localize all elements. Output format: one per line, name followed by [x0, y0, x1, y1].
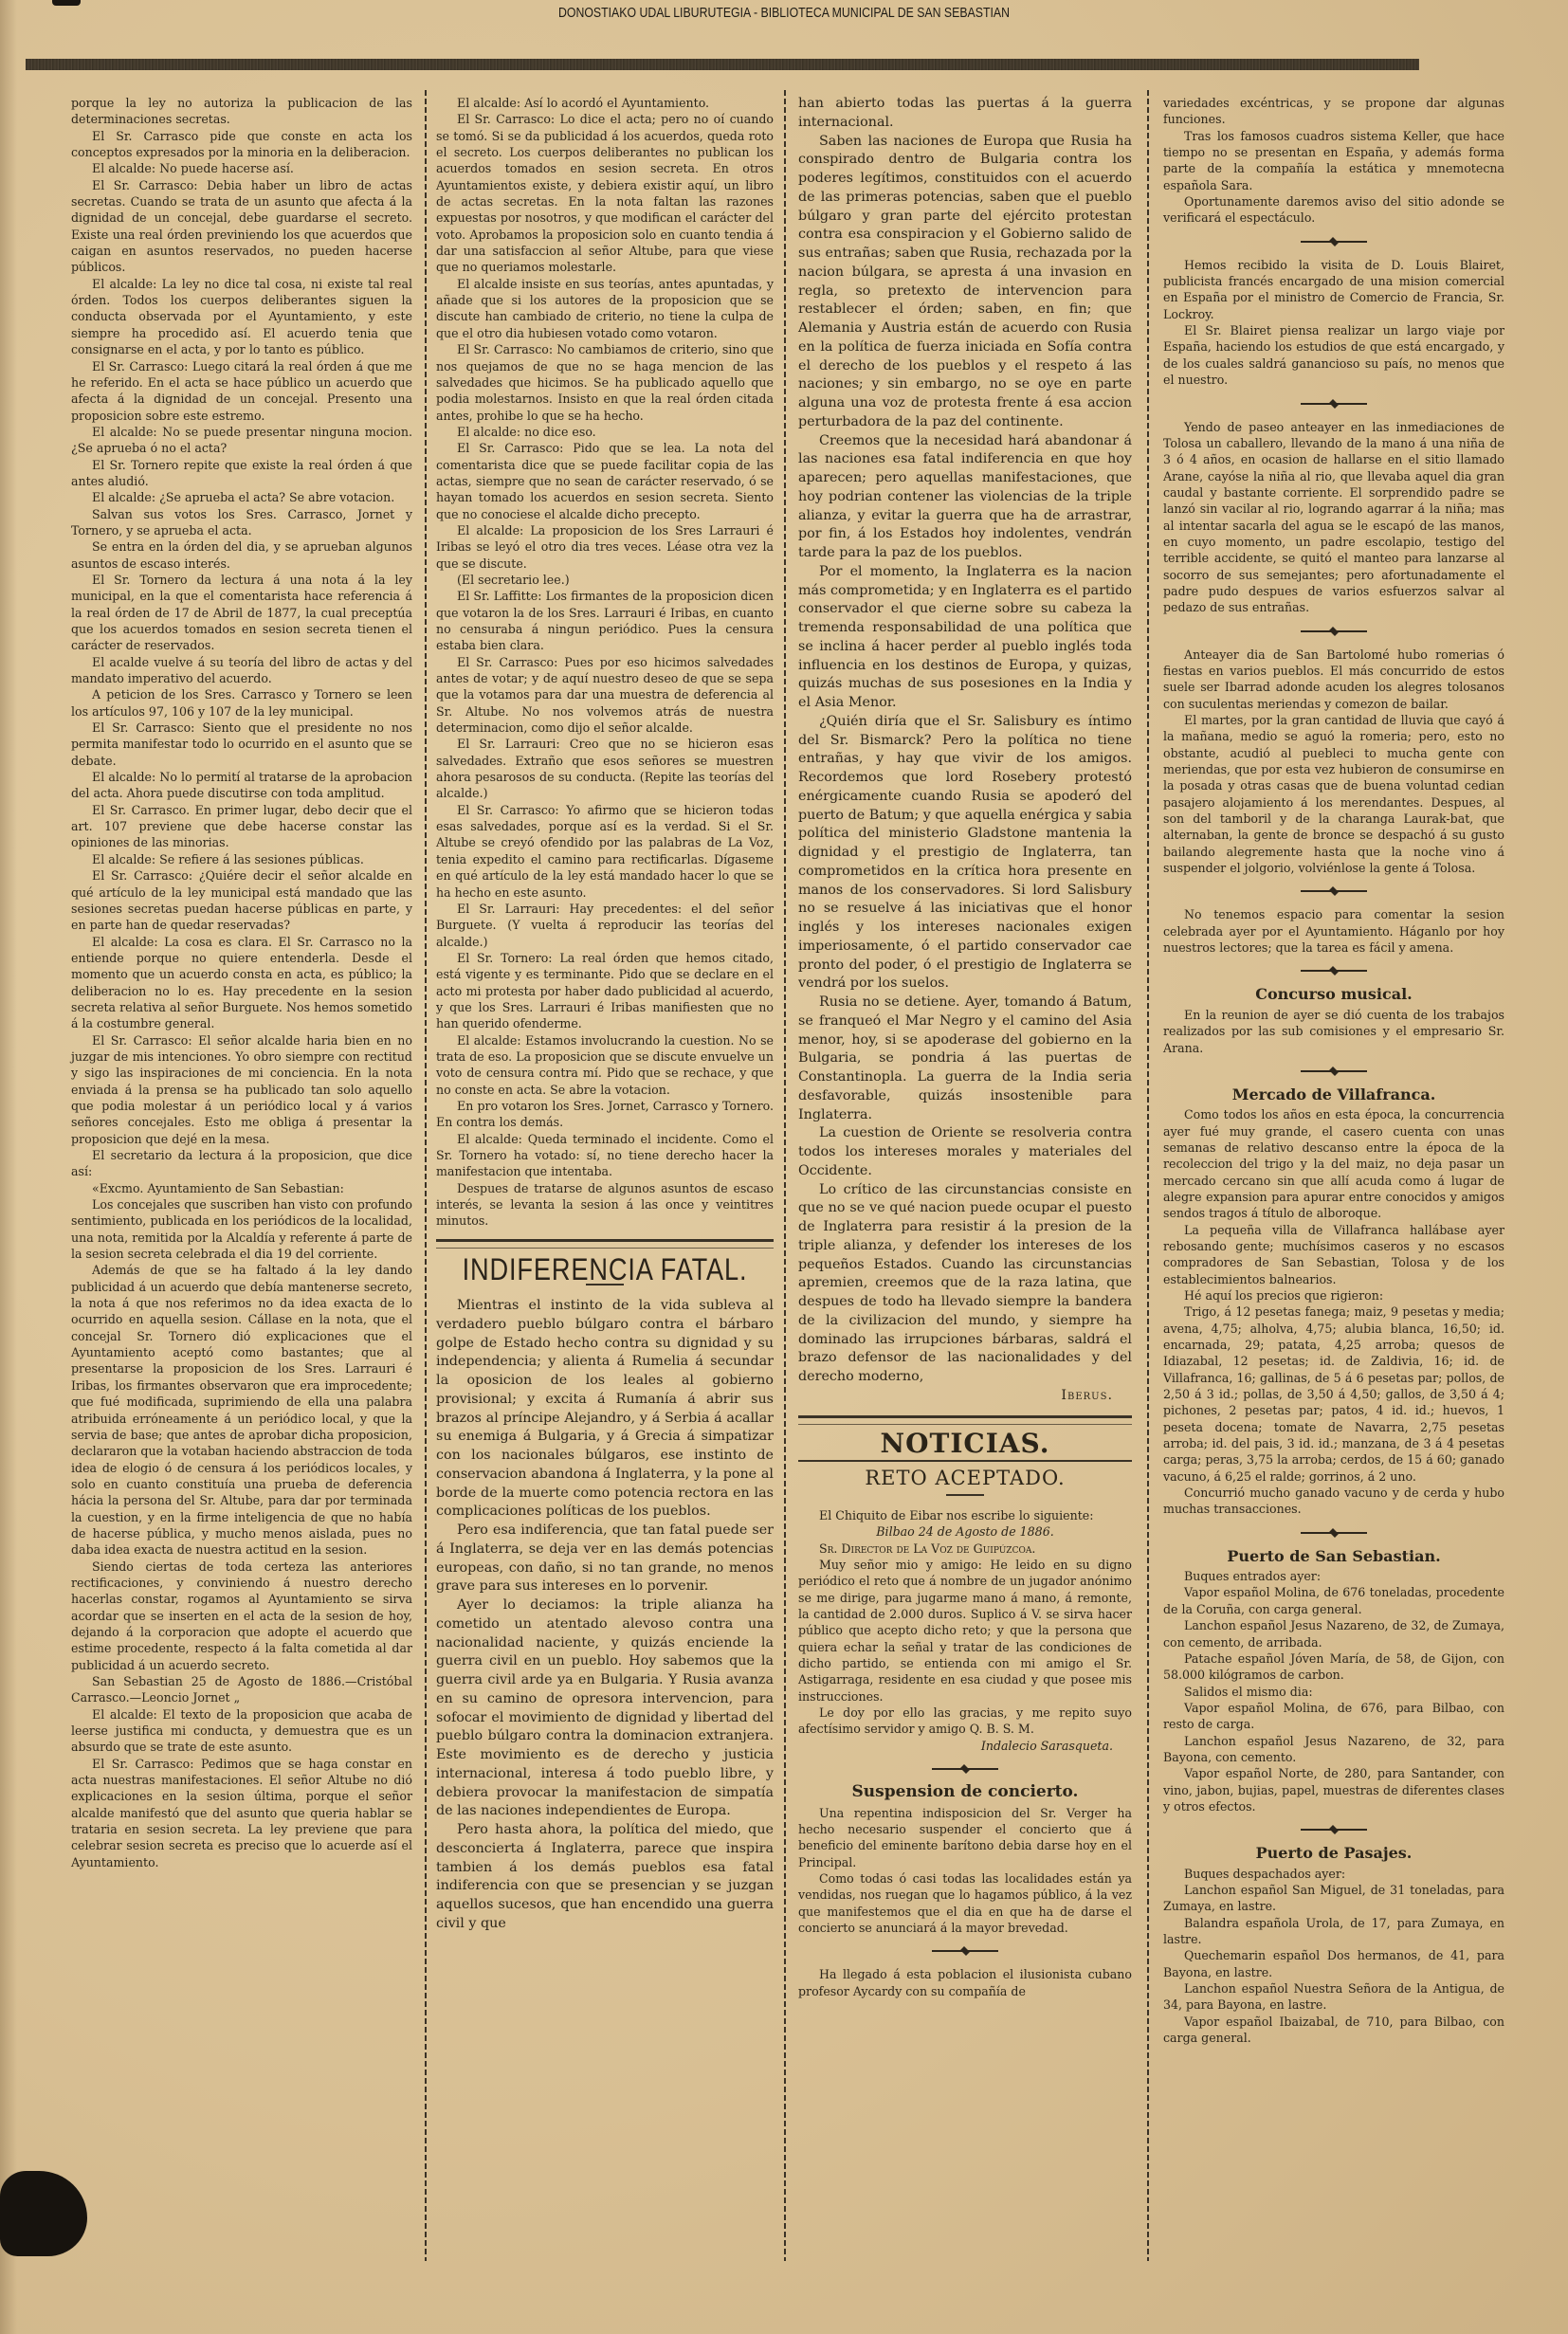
paragraph: Lanchon español San Miguel, de 31 tonela…	[1163, 1882, 1504, 1915]
paragraph: Creemos que la necesidad hará abandonar …	[798, 432, 1132, 563]
reto-letter-body: Muy señor mio y amigo: He leido en su di…	[798, 1557, 1132, 1738]
paragraph: El alcalde insiste en sus teorías, antes…	[436, 276, 774, 341]
paragraph: Rusia no se detiene. Ayer, tomando á Bat…	[798, 994, 1132, 1124]
paragraph: El Sr. Blairet piensa realizar un largo …	[1163, 322, 1504, 388]
paragraph: Se entra en la órden del dia, y se aprue…	[71, 538, 412, 572]
ornament-divider	[1301, 400, 1367, 408]
paragraph: Lo crítico de las circunstancias consist…	[798, 1181, 1132, 1387]
paragraph: Por el momento, la Inglaterra es la naci…	[798, 563, 1132, 713]
paragraph: Ayer lo deciamos: la triple alianza ha c…	[436, 1596, 774, 1821]
paragraph: Siendo ciertas de toda certeza las anter…	[71, 1559, 412, 1673]
paragraph: Buques entrados ayer:	[1163, 1568, 1504, 1584]
paragraph: El Sr. Larrauri: Hay precedentes: el del…	[436, 901, 774, 950]
paragraph: Lanchon español Jesus Nazareno, de 32, d…	[1163, 1617, 1504, 1650]
paragraph: El Sr. Carrasco: Pido que se lea. La not…	[436, 440, 774, 522]
reto-salutation: Sr. Director de La Voz de Guipúzcoa.	[798, 1541, 1132, 1557]
ink-blot-stain	[0, 2171, 87, 2256]
page-edge-shadow	[0, 0, 17, 2334]
paragraph: Trigo, á 12 pesetas fanega; maiz, 9 pese…	[1163, 1304, 1504, 1485]
paragraph: El Sr. Carrasco: Debia haber un libro de…	[71, 177, 412, 276]
paragraph: El alcalde: no dice eso.	[436, 424, 774, 440]
paragraph: El Sr. Carrasco: Pedimos que se haga con…	[71, 1756, 412, 1870]
paragraph: El Sr. Carrasco: Pues por eso hicimos sa…	[436, 654, 774, 737]
article-signature: Iberus.	[798, 1387, 1132, 1406]
paragraph: Anteayer dia de San Bartolomé hubo romer…	[1163, 647, 1504, 712]
paragraph: Patache español Jóven María, de 58, de G…	[1163, 1650, 1504, 1684]
paragraph: Vapor español Norte, de 280, para Santan…	[1163, 1765, 1504, 1814]
reto-signed: Indalecio Sarasqueta.	[798, 1738, 1132, 1754]
paragraph: El Sr. Carrasco: El señor alcalde haria …	[71, 1032, 412, 1147]
heading-suspension-concierto: Suspension de concierto.	[798, 1784, 1132, 1800]
paragraph: Hemos recibido la visita de D. Louis Bla…	[1163, 257, 1504, 322]
ink-blot-top	[52, 0, 81, 6]
paragraph: El alcalde: Así lo acordó el Ayuntamient…	[436, 95, 774, 111]
paragraph: Pero esa indiferencia, que tan fatal pue…	[436, 1522, 774, 1596]
paragraph: El Sr. Carrasco: Siento que el president…	[71, 720, 412, 769]
article-body-indiferencia-fatal: Mientras el instinto de la vida subleva …	[436, 1297, 774, 1934]
heading-concurso-musical: Concurso musical.	[1163, 986, 1504, 1002]
paragraph: Buques despachados ayer:	[1163, 1866, 1504, 1882]
column-rule-3	[1147, 90, 1149, 2261]
paragraph: «Excmo. Ayuntamiento de San Sebastian:	[71, 1180, 412, 1196]
paragraph: El Sr. Tornero da lectura á una nota á l…	[71, 572, 412, 654]
column-1: porque la ley no autoriza la publicacion…	[71, 95, 412, 1870]
paragraph: Le doy por ello las gracias, y me repito…	[798, 1705, 1132, 1738]
heading-puerto-san-sebastian: Puerto de San Sebastian.	[1163, 1548, 1504, 1564]
column-2: El alcalde: Así lo acordó el Ayuntamient…	[436, 95, 774, 1934]
section-divider	[436, 1239, 774, 1249]
column-4: variedades excéntricas, y se propone dar…	[1163, 95, 1504, 2046]
paragraph: El alcalde: Estamos involucrando la cues…	[436, 1032, 774, 1098]
paragraph: El alcalde: El texto de la proposicion q…	[71, 1706, 412, 1756]
paragraph: El Sr. Carrasco: ¿Quiére decir el señor …	[71, 867, 412, 933]
mercado-body: Como todos los años en esta época, la co…	[1163, 1106, 1504, 1518]
ilusionista-paragraph: Ha llegado á esta poblacion el ilusionis…	[798, 1966, 1132, 1999]
ornament-divider	[1301, 1826, 1367, 1833]
column-rule-1	[425, 90, 427, 2261]
puerto-ss-body: Buques entrados ayer:Vapor español Molin…	[1163, 1568, 1504, 1814]
paragraph: El alcalde: ¿Se aprueba el acta? Se abre…	[71, 489, 412, 505]
archive-header: DONOSTIAKO UDAL LIBURUTEGIA - BIBLIOTECA…	[141, 5, 1427, 21]
concierto-body: Una repentina indisposicion del Sr. Verg…	[798, 1805, 1132, 1937]
paragraph: El Sr. Carrasco: No cambiamos de criteri…	[436, 341, 774, 424]
paragraph: Una repentina indisposicion del Sr. Verg…	[798, 1805, 1132, 1870]
paragraph: Oportunamente daremos aviso del sitio ad…	[1163, 193, 1504, 227]
paragraph: El alcalde: Queda terminado el incidente…	[436, 1131, 774, 1180]
paragraph: La pequeña villa de Villafranca hallábas…	[1163, 1222, 1504, 1287]
paragraph: Salvan sus votos los Sres. Carrasco, Jor…	[71, 506, 412, 539]
heading-puerto-pasajes: Puerto de Pasajes.	[1163, 1845, 1504, 1861]
paragraph: El alcalde: No puede hacerse así.	[71, 160, 412, 176]
paragraph: Pero hasta ahora, la política del miedo,…	[436, 1821, 774, 1934]
paragraph: El Sr. Carrasco. En primer lugar, debo d…	[71, 802, 412, 851]
paragraph: El alcalde: No se puede presentar ningun…	[71, 424, 412, 457]
paragraph: Mientras el instinto de la vida subleva …	[436, 1297, 774, 1522]
column-3: han abierto todas las puertas á la guerr…	[798, 95, 1132, 1999]
paragraph: Despues de tratarse de algunos asuntos d…	[436, 1180, 774, 1230]
paragraph: (El secretario lee.)	[436, 572, 774, 588]
paragraph: El alcalde: La ley no dice tal cosa, ni …	[71, 276, 412, 358]
reto-dateline: Bilbao 24 de Agosto de 1886.	[798, 1523, 1132, 1540]
sesion-notice: No tenemos espacio para comentar la sesi…	[1163, 906, 1504, 956]
ornament-divider	[932, 1947, 998, 1955]
paragraph: Quechemarin español Dos hermanos, de 41,…	[1163, 1947, 1504, 1980]
paragraph: En pro votaron los Sres. Jornet, Carrasc…	[436, 1098, 774, 1131]
paragraph: Tras los famosos cuadros sistema Keller,…	[1163, 128, 1504, 193]
paragraph: El alcalde: Se refiere á las sesiones pú…	[71, 851, 412, 867]
paragraph: El Sr. Laffitte: Los firmantes de la pro…	[436, 588, 774, 653]
romeria-notice: Anteayer dia de San Bartolomé hubo romer…	[1163, 647, 1504, 877]
paragraph: Concurrió mucho ganado vacuno y de cerda…	[1163, 1485, 1504, 1518]
title-dash	[946, 1494, 984, 1496]
paragraph: Vapor español Ibaizabal, de 710, para Bi…	[1163, 2014, 1504, 2047]
paragraph: El Sr. Carrasco: Luego citará la real ór…	[71, 358, 412, 424]
blairet-notice: Hemos recibido la visita de D. Louis Bla…	[1163, 257, 1504, 389]
paragraph: El alcalde: La proposicion de los Sres L…	[436, 522, 774, 572]
paragraph: El Sr. Carrasco: Yo afirmo que se hicier…	[436, 802, 774, 901]
section-divider-thin	[798, 1460, 1132, 1462]
ornament-divider	[1301, 1067, 1367, 1075]
paragraph: El alcalde: No lo permití al tratarse de…	[71, 769, 412, 802]
paragraph: Vapor español Molina, de 676, para Bilba…	[1163, 1700, 1504, 1733]
paragraph: Además de que se ha faltado á la ley dan…	[71, 1262, 412, 1558]
paragraph: La cuestion de Oriente se resolveria con…	[798, 1124, 1132, 1180]
council-session-continued: El alcalde: Así lo acordó el Ayuntamient…	[436, 95, 774, 1230]
paragraph: San Sebastian 25 de Agosto de 1886.—Cris…	[71, 1673, 412, 1706]
ornament-divider	[1301, 887, 1367, 895]
paragraph: El secretario da lectura á la proposicio…	[71, 1147, 412, 1180]
paragraph: Muy señor mio y amigo: He leido en su di…	[798, 1557, 1132, 1705]
article-body-continued: han abierto todas las puertas á la guerr…	[798, 95, 1132, 1387]
article-title-indiferencia-fatal: INDIFERENCIA FATAL.	[462, 1262, 749, 1278]
top-heavy-rule	[26, 59, 1419, 70]
paragraph: variedades excéntricas, y se propone dar…	[1163, 95, 1504, 128]
paragraph: El martes, por la gran cantidad de lluvi…	[1163, 712, 1504, 876]
paragraph: El Sr. Carrasco: Lo dice el acta; pero n…	[436, 111, 774, 275]
aycardy-continued: variedades excéntricas, y se propone dar…	[1163, 95, 1504, 227]
paragraph: Hé aquí los precios que rigieron:	[1163, 1287, 1504, 1304]
heading-reto-aceptado: RETO ACEPTADO.	[798, 1469, 1132, 1488]
reto-intro: El Chiquito de Eibar nos escribe lo sigu…	[798, 1507, 1132, 1523]
paragraph: El Sr. Larrauri: Creo que no se hicieron…	[436, 736, 774, 801]
paragraph: El Sr. Tornero: La real órden que hemos …	[436, 950, 774, 1032]
paragraph: han abierto todas las puertas á la guerr…	[798, 95, 1132, 133]
concurso-body: En la reunion de ayer se dió cuenta de l…	[1163, 1007, 1504, 1056]
section-title-noticias: NOTICIAS.	[798, 1434, 1132, 1453]
ornament-divider	[1301, 1529, 1367, 1537]
paragraph: Vapor español Molina, de 676 toneladas, …	[1163, 1584, 1504, 1617]
paragraph: A peticion de los Sres. Carrasco y Torne…	[71, 686, 412, 720]
ornament-divider	[1301, 238, 1367, 246]
paragraph: El acalde vuelve á su teoría del libro d…	[71, 654, 412, 687]
ornament-divider	[1301, 628, 1367, 635]
paragraph: El Sr. Tornero repite que existe la real…	[71, 457, 412, 490]
heading-mercado-villafranca: Mercado de Villafranca.	[1163, 1086, 1504, 1103]
paragraph: Balandra española Urola, de 17, para Zum…	[1163, 1915, 1504, 1948]
paragraph: porque la ley no autoriza la publicacion…	[71, 95, 412, 128]
paragraph: Salidos el mismo dia:	[1163, 1684, 1504, 1700]
paragraph: Los concejales que suscriben han visto c…	[71, 1196, 412, 1262]
puerto-pasajes-body: Buques despachados ayer:Lanchon español …	[1163, 1866, 1504, 2047]
paragraph: Lanchon español Nuestra Señora de la Ant…	[1163, 1980, 1504, 2014]
section-divider	[798, 1415, 1132, 1425]
tolosa-accident-notice: Yendo de paseo anteayer en las inmediaci…	[1163, 419, 1504, 616]
column-rule-2	[784, 90, 786, 2261]
ornament-divider	[932, 1765, 998, 1773]
paragraph: Saben las naciones de Europa que Rusia h…	[798, 133, 1132, 432]
paragraph: El Sr. Carrasco pide que conste en acta …	[71, 128, 412, 161]
paragraph: Lanchon español Jesus Nazareno, de 32, p…	[1163, 1733, 1504, 1766]
ornament-divider	[1301, 967, 1367, 975]
paragraph: Como todos los años en esta época, la co…	[1163, 1106, 1504, 1221]
paragraph: El alcalde: La cosa es clara. El Sr. Car…	[71, 934, 412, 1032]
paragraph: Como todas ó casi todas las localidades …	[798, 1870, 1132, 1936]
paragraph: ¿Quién diría que el Sr. Salisbury es ínt…	[798, 713, 1132, 994]
